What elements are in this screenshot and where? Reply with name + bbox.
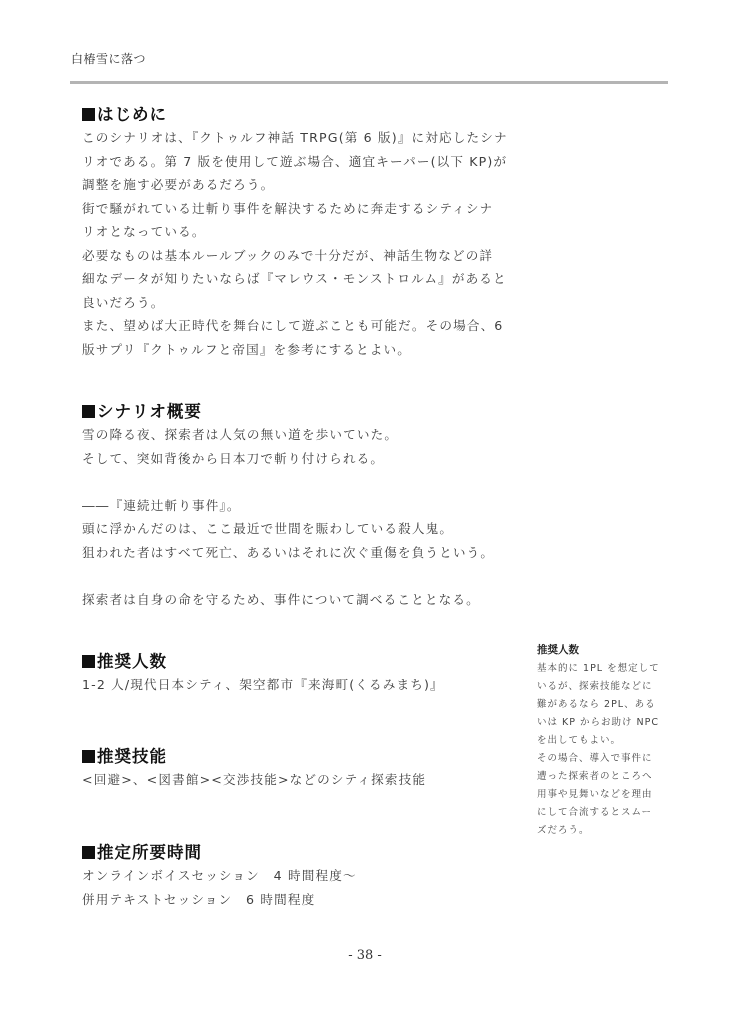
square-bullet-icon (82, 846, 95, 859)
paragraph-line: 1-2 人/現代日本シティ、架空都市『来海町(くるみまち)』 (82, 673, 512, 697)
section-recommended-players: 推奨人数 1-2 人/現代日本シティ、架空都市『来海町(くるみまち)』 (82, 651, 512, 697)
section-body: 雪の降る夜、探索者は人気の無い道を歩いていた。 そして、突如背後から日本刀で斬り… (82, 423, 512, 611)
running-header-title: 白椿雪に落つ (71, 50, 146, 67)
blank-line (82, 470, 512, 494)
paragraph-line: 細なデータが知りたいならば『マレウス・モンストロルム』があると (82, 267, 512, 291)
section-heading-text: シナリオ概要 (97, 402, 202, 421)
square-bullet-icon (82, 108, 95, 121)
section-introduction: はじめに このシナリオは、『クトゥルフ神話 TRPG(第 6 版)』に対応したシ… (82, 104, 512, 361)
sidenote-title: 推奨人数 (537, 642, 677, 658)
paragraph-line: 版サプリ『クトゥルフと帝国』を参考にするとよい。 (82, 338, 512, 362)
square-bullet-icon (82, 750, 95, 763)
paragraph-line: <回避>、<図書館><交渉技能>などのシティ探索技能 (82, 768, 512, 792)
section-heading-text: はじめに (97, 105, 167, 124)
paragraph-line: このシナリオは、『クトゥルフ神話 TRPG(第 6 版)』に対応したシナ (82, 126, 512, 150)
paragraph-line: 狙われた者はすべて死亡、あるいはそれに次ぐ重傷を負うという。 (82, 541, 512, 565)
section-heading-text: 推奨技能 (97, 747, 167, 766)
sidenote-line: その場合、導入で事件に (537, 750, 677, 768)
section-heading: 推奨人数 (82, 651, 512, 673)
paragraph-line: 街で騒がれている辻斬り事件を解決するために奔走するシティシナ (82, 197, 512, 221)
section-scenario-overview: シナリオ概要 雪の降る夜、探索者は人気の無い道を歩いていた。 そして、突如背後か… (82, 401, 512, 611)
paragraph-line: 探索者は自身の命を守るため、事件について調べることとなる。 (82, 588, 512, 612)
sidenote-line: を出してもよい。 (537, 732, 677, 750)
section-heading: はじめに (82, 104, 512, 126)
paragraph-line: オンラインボイスセッション 4 時間程度～ (82, 864, 512, 888)
section-recommended-skills: 推奨技能 <回避>、<図書館><交渉技能>などのシティ探索技能 (82, 746, 512, 792)
section-heading-text: 推定所要時間 (97, 843, 202, 862)
section-heading: 推定所要時間 (82, 842, 512, 864)
paragraph-line: 必要なものは基本ルールブックのみで十分だが、神話生物などの詳 (82, 244, 512, 268)
square-bullet-icon (82, 405, 95, 418)
section-body: このシナリオは、『クトゥルフ神話 TRPG(第 6 版)』に対応したシナ リオで… (82, 126, 512, 361)
sidenote-line: 用事や見舞いなどを理由 (537, 786, 677, 804)
sidenote-line: 難があるなら 2PL、ある (537, 696, 677, 714)
section-heading: 推奨技能 (82, 746, 512, 768)
sidenote-recommended-players: 推奨人数 基本的に 1PL を想定して いるが、探索技能などに 難があるなら 2… (537, 642, 677, 840)
sidenote-line: にして合流するとスムー (537, 804, 677, 822)
paragraph-line: 良いだろう。 (82, 291, 512, 315)
paragraph-line: 頭に浮かんだのは、ここ最近で世間を賑わしている殺人鬼。 (82, 517, 512, 541)
sidenote-line: ズだろう。 (537, 822, 677, 840)
sidenote-line: 基本的に 1PL を想定して (537, 660, 677, 678)
section-heading: シナリオ概要 (82, 401, 512, 423)
section-body: オンラインボイスセッション 4 時間程度～ 併用テキストセッション 6 時間程度 (82, 864, 512, 911)
section-heading-text: 推奨人数 (97, 652, 167, 671)
section-body: 1-2 人/現代日本シティ、架空都市『来海町(くるみまち)』 (82, 673, 512, 697)
sidenote-line: いるが、探索技能などに (537, 678, 677, 696)
section-body: <回避>、<図書館><交渉技能>などのシティ探索技能 (82, 768, 512, 792)
page-number: - 38 - (0, 948, 730, 963)
square-bullet-icon (82, 655, 95, 668)
paragraph-line: リオとなっている。 (82, 220, 512, 244)
blank-line (82, 564, 512, 588)
paragraph-line: 併用テキストセッション 6 時間程度 (82, 888, 512, 912)
paragraph-line: 雪の降る夜、探索者は人気の無い道を歩いていた。 (82, 423, 512, 447)
header-divider (70, 81, 668, 84)
section-estimated-play-time: 推定所要時間 オンラインボイスセッション 4 時間程度～ 併用テキストセッション… (82, 842, 512, 911)
paragraph-line: 調整を施す必要があるだろう。 (82, 173, 512, 197)
paragraph-line: リオである。第 7 版を使用して遊ぶ場合、適宜キーパー(以下 KP)が (82, 150, 512, 174)
paragraph-line: ――『連続辻斬り事件』。 (82, 494, 512, 518)
sidenote-line: いは KP からお助け NPC (537, 714, 677, 732)
paragraph-line: また、望めば大正時代を舞台にして遊ぶことも可能だ。その場合、6 (82, 314, 512, 338)
paragraph-line: そして、突如背後から日本刀で斬り付けられる。 (82, 447, 512, 471)
sidenote-line: 遭った探索者のところへ (537, 768, 677, 786)
